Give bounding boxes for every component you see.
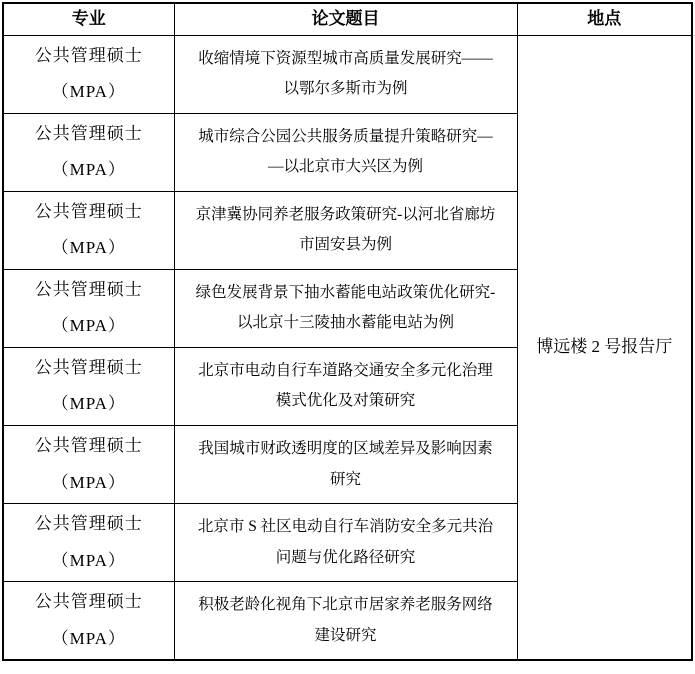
location-merged-cell: 博远楼 2 号报告厅	[517, 35, 692, 660]
table-row: 公共管理硕士 （MPA） 收缩情境下资源型城市高质量发展研究—— 以鄂尔多斯市为…	[3, 35, 692, 113]
header-location: 地点	[517, 3, 692, 35]
major-cell: 公共管理硕士 （MPA）	[3, 113, 174, 191]
major-cell: 公共管理硕士 （MPA）	[3, 269, 174, 347]
header-thesis-title: 论文题目	[174, 3, 517, 35]
thesis-title-cell: 绿色发展背景下抽水蓄能电站政策优化研究- 以北京十三陵抽水蓄能电站为例	[174, 269, 517, 347]
thesis-title-cell: 北京市电动自行车道路交通安全多元化治理 模式优化及对策研究	[174, 347, 517, 425]
thesis-defense-schedule-table: 专业 论文题目 地点 公共管理硕士 （MPA） 收缩情境下资源型城市高质量发展研…	[2, 2, 693, 661]
thesis-title-cell: 京津冀协同养老服务政策研究-以河北省廊坊 市固安县为例	[174, 191, 517, 269]
major-cell: 公共管理硕士 （MPA）	[3, 425, 174, 503]
thesis-title-cell: 我国城市财政透明度的区域差异及影响因素 研究	[174, 425, 517, 503]
thesis-title-cell: 收缩情境下资源型城市高质量发展研究—— 以鄂尔多斯市为例	[174, 35, 517, 113]
thesis-title-cell: 北京市 S 社区电动自行车消防安全多元共治 问题与优化路径研究	[174, 504, 517, 582]
major-cell: 公共管理硕士 （MPA）	[3, 582, 174, 661]
major-cell: 公共管理硕士 （MPA）	[3, 191, 174, 269]
major-cell: 公共管理硕士 （MPA）	[3, 347, 174, 425]
major-cell: 公共管理硕士 （MPA）	[3, 504, 174, 582]
header-major: 专业	[3, 3, 174, 35]
table-header-row: 专业 论文题目 地点	[3, 3, 692, 35]
document-page: 专业 论文题目 地点 公共管理硕士 （MPA） 收缩情境下资源型城市高质量发展研…	[0, 0, 695, 674]
major-cell: 公共管理硕士 （MPA）	[3, 35, 174, 113]
thesis-title-cell: 积极老龄化视角下北京市居家养老服务网络 建设研究	[174, 582, 517, 661]
thesis-title-cell: 城市综合公园公共服务质量提升策略研究— —以北京市大兴区为例	[174, 113, 517, 191]
